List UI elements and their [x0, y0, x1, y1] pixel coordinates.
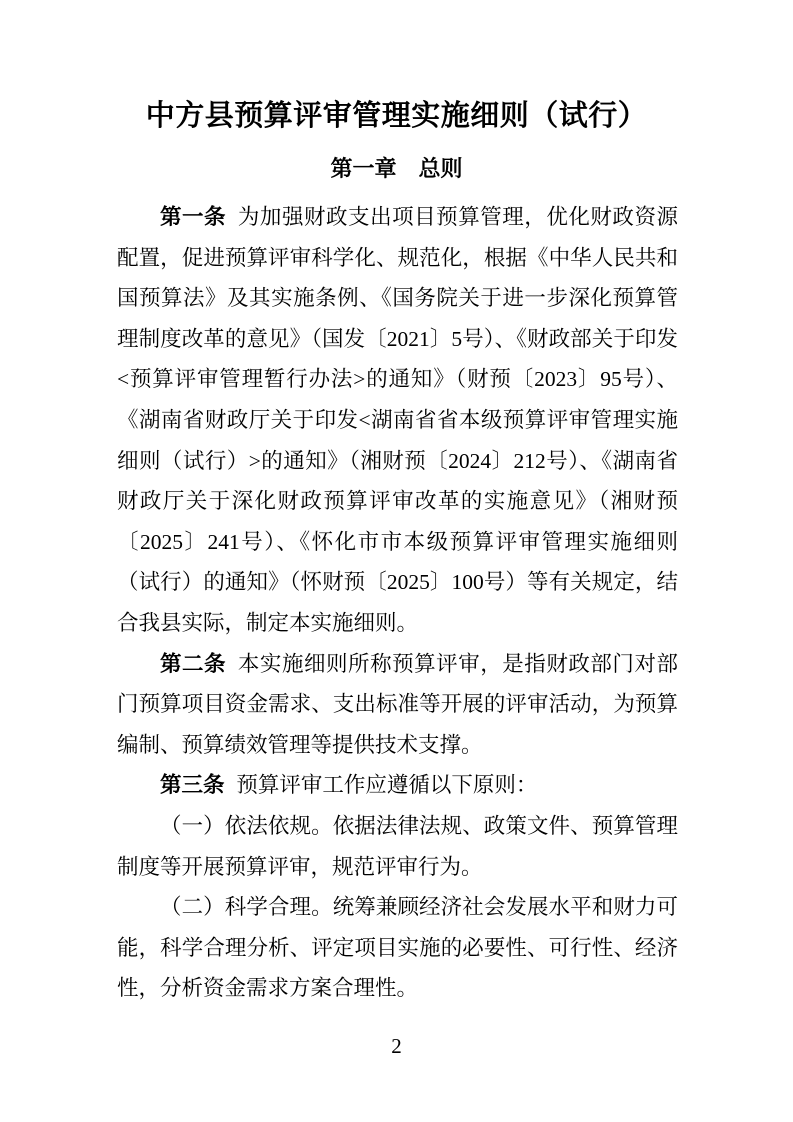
article-3-label: 第三条	[160, 773, 225, 797]
paragraph-article-1: 第一条为加强财政支出项目预算管理，优化财政资源配置，促进预算评审科学化、规范化，…	[117, 197, 678, 644]
article-3-text: 预算评审工作应遵循以下原则：	[236, 773, 537, 797]
article-1-label: 第一条	[160, 205, 226, 229]
paragraph-principle-1: （一）依法依规。依据法律法规、政策文件、预算管理制度等开展预算评审，规范评审行为…	[117, 806, 678, 887]
principle-1-text: （一）依法依规。依据法律法规、政策文件、预算管理制度等开展预算评审，规范评审行为…	[117, 814, 678, 879]
document-body: 第一条为加强财政支出项目预算管理，优化财政资源配置，促进预算评审科学化、规范化，…	[117, 197, 678, 1009]
article-2-label: 第二条	[160, 652, 226, 676]
chapter-heading: 第一章 总则	[0, 156, 793, 182]
page-number: 2	[0, 1034, 793, 1058]
paragraph-article-3: 第三条预算评审工作应遵循以下原则：	[117, 765, 678, 806]
paragraph-principle-2: （二）科学合理。统筹兼顾经济社会发展水平和财力可能，科学合理分析、评定项目实施的…	[117, 887, 678, 1009]
document-title: 中方县预算评审管理实施细则（试行）	[0, 0, 793, 135]
document-page: 中方县预算评审管理实施细则（试行） 第一章 总则 第一条为加强财政支出项目预算管…	[0, 0, 793, 1122]
principle-2-text: （二）科学合理。统筹兼顾经济社会发展水平和财力可能，科学合理分析、评定项目实施的…	[117, 895, 678, 1000]
article-1-text: 为加强财政支出项目预算管理，优化财政资源配置，促进预算评审科学化、规范化，根据《…	[117, 205, 678, 635]
paragraph-article-2: 第二条本实施细则所称预算评审，是指财政部门对部门预算项目资金需求、支出标准等开展…	[117, 644, 678, 766]
